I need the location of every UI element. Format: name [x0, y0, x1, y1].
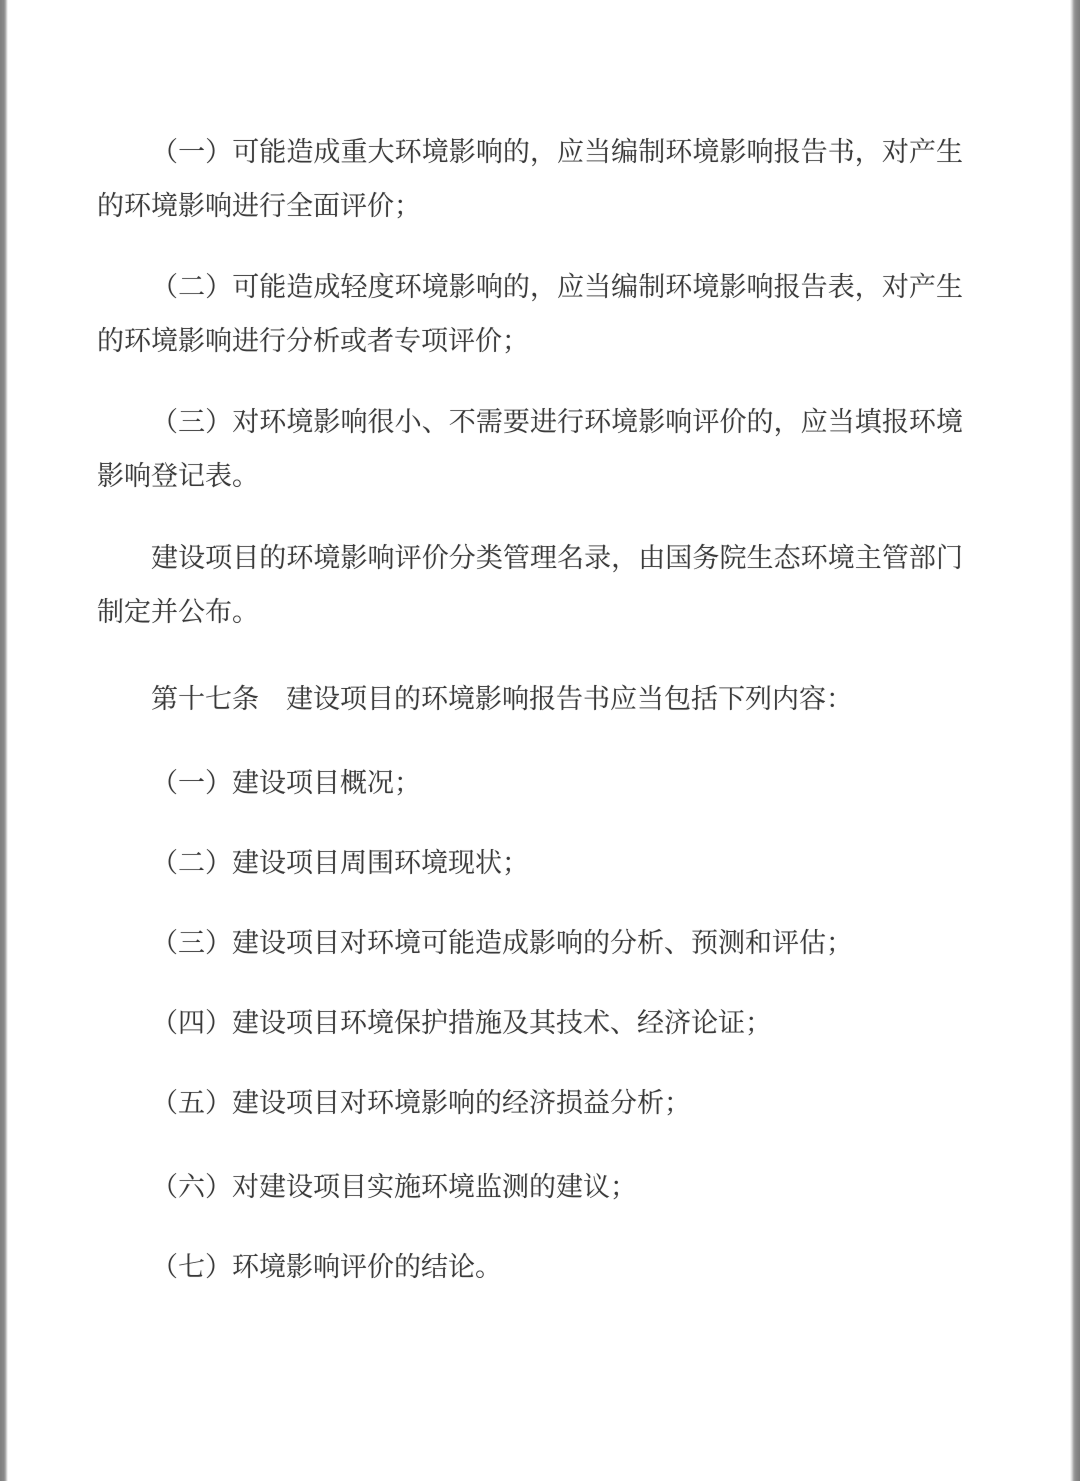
article-17-item-6: （六）对建设项目实施环境监测的建议； — [97, 1160, 963, 1214]
article-17-item-3: （三）建设项目对环境可能造成影响的分析、预测和评估； — [97, 916, 963, 970]
article-17-heading: 第十七条 建设项目的环境影响报告书应当包括下列内容： — [97, 672, 963, 726]
article-17-item-4: （四）建设项目环境保护措施及其技术、经济论证； — [97, 996, 963, 1050]
left-page-edge — [0, 0, 8, 1481]
clause-catalog: 建设项目的环境影响评价分类管理名录，由国务院生态环境主管部门制定并公布。 — [97, 531, 963, 639]
document-page: （一）可能造成重大环境影响的，应当编制环境影响报告书，对产生的环境影响进行全面评… — [0, 0, 1080, 1481]
article-17-item-5: （五）建设项目对环境影响的经济损益分析； — [97, 1076, 963, 1130]
clause-minor-impact: （三）对环境影响很小、不需要进行环境影响评价的，应当填报环境影响登记表。 — [97, 395, 963, 503]
article-17-item-2: （二）建设项目周围环境现状； — [97, 836, 963, 890]
article-17-item-1: （一）建设项目概况； — [97, 756, 963, 810]
right-page-edge — [1070, 0, 1080, 1481]
clause-light-impact: （二）可能造成轻度环境影响的，应当编制环境影响报告表，对产生的环境影响进行分析或… — [97, 260, 963, 368]
article-17-item-7: （七）环境影响评价的结论。 — [97, 1240, 963, 1294]
clause-major-impact: （一）可能造成重大环境影响的，应当编制环境影响报告书，对产生的环境影响进行全面评… — [97, 125, 963, 233]
